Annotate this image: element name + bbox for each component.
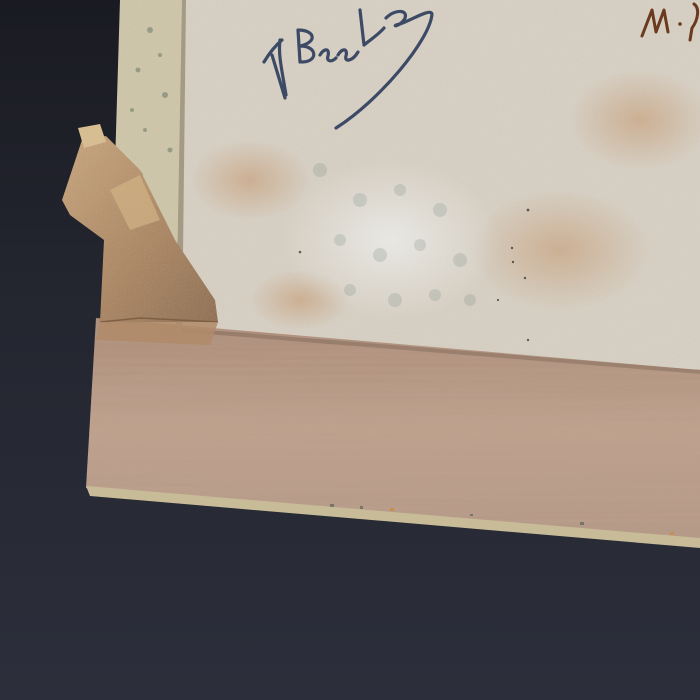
photo-scene: H. Becker M.	[0, 0, 700, 700]
document-corner	[0, 0, 700, 700]
paper-sheet	[182, 0, 700, 370]
